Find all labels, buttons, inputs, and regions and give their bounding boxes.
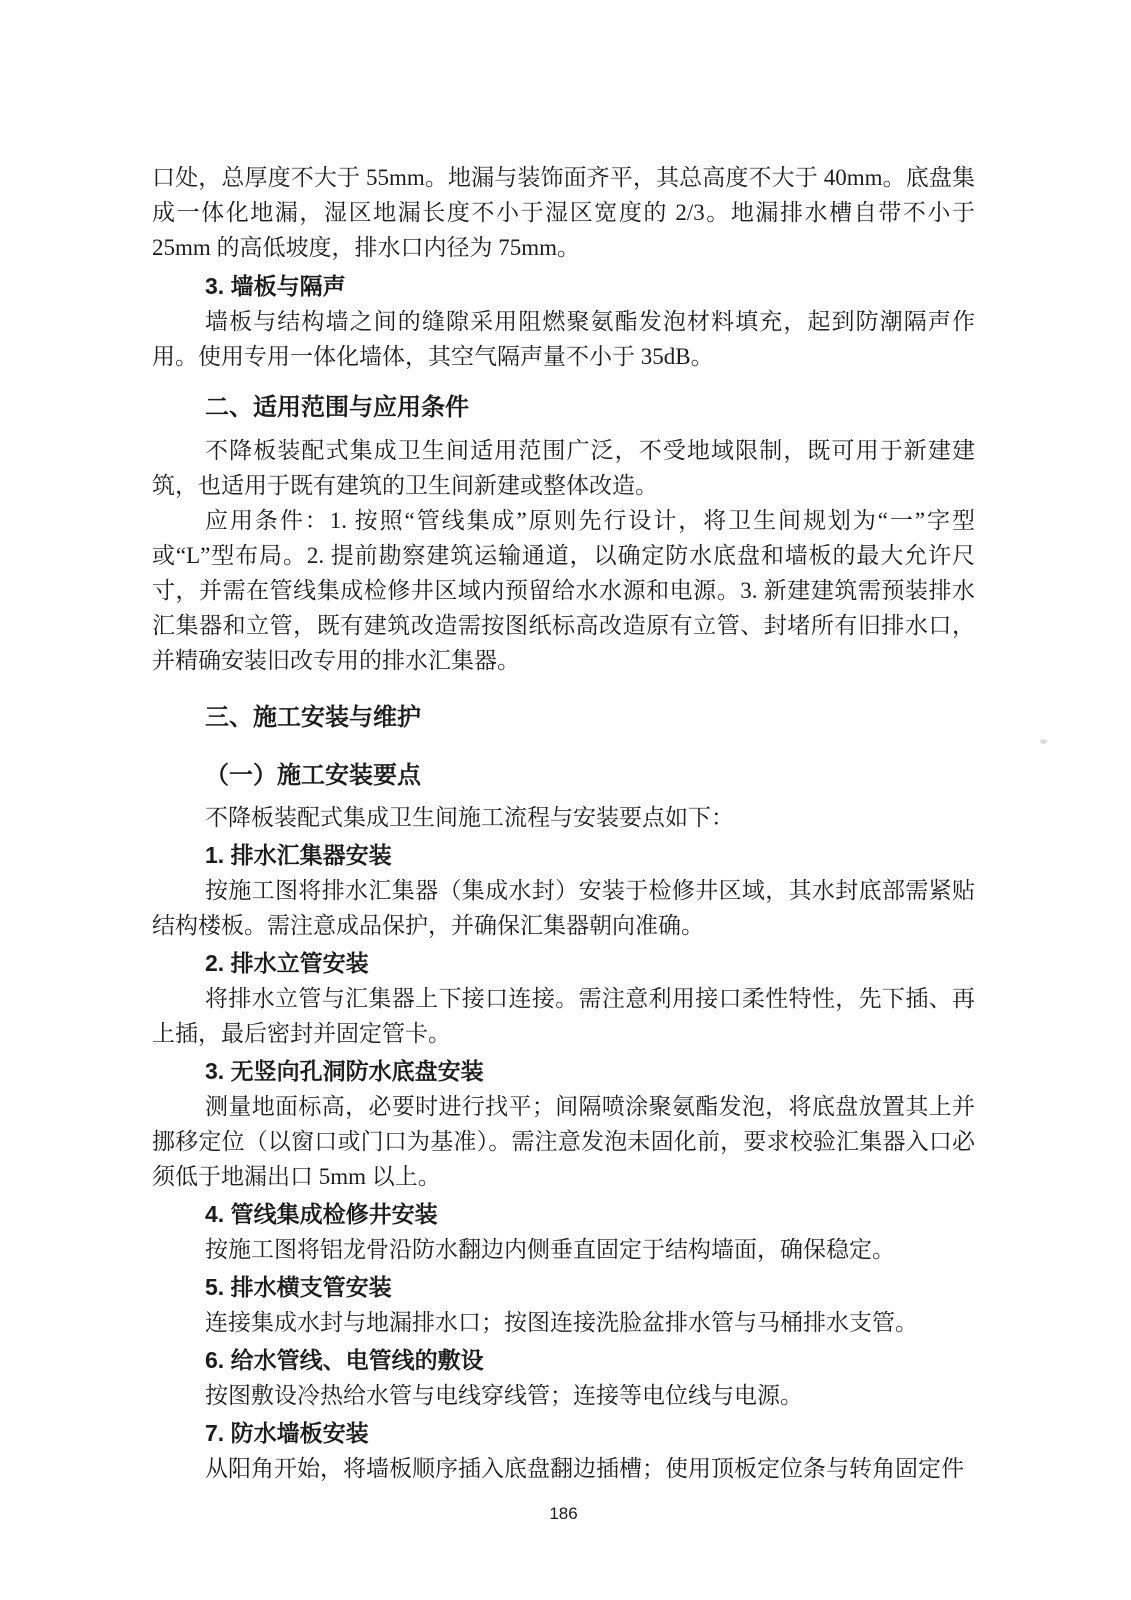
paragraph-step-3-waterproof-chassis: 测量地面标高，必要时进行找平；间隔喷涂聚氨酯发泡，将底盘放置其上并挪移定位（以窗… [152, 1089, 975, 1194]
heading-section-3-installation-maintenance: 三、施工安装与维护 [152, 698, 975, 738]
heading-step-6-water-electric-lines: 6. 给水管线、电管线的敷设 [152, 1343, 975, 1378]
paragraph-step-5-horizontal-branch-pipe: 连接集成水封与地漏排水口；按图连接洗脸盆排水管与马桶排水支管。 [152, 1305, 975, 1340]
heading-step-1-drain-collector: 1. 排水汇集器安装 [152, 838, 975, 873]
paragraph-installation-intro: 不降板装配式集成卫生间施工流程与安装要点如下： [152, 800, 975, 835]
paragraph-step-4-pipeline-inspection-well: 按施工图将铝龙骨沿防水翻边内侧垂直固定于结构墙面，确保稳定。 [152, 1232, 975, 1267]
scan-artifact-mark [1040, 739, 1047, 744]
document-body: 口处，总厚度不大于 55mm。地漏与装饰面齐平，其总高度不大于 40mm。底盘集… [152, 160, 975, 1486]
paragraph-step-1-drain-collector: 按施工图将排水汇集器（集成水封）安装于检修井区域，其水封底部需紧贴结构楼板。需注… [152, 873, 975, 943]
page-number: 186 [152, 1503, 975, 1525]
heading-subsection-1-installation-points: （一）施工安装要点 [152, 756, 975, 796]
paragraph-floor-drain-specs: 口处，总厚度不大于 55mm。地漏与装饰面齐平，其总高度不大于 40mm。底盘集… [152, 160, 975, 265]
heading-step-5-horizontal-branch-pipe: 5. 排水横支管安装 [152, 1270, 975, 1305]
heading-step-4-pipeline-inspection-well: 4. 管线集成检修井安装 [152, 1197, 975, 1232]
document-page: 口处，总厚度不大于 55mm。地漏与装饰面齐平，其总高度不大于 40mm。底盘集… [0, 0, 1131, 1600]
heading-step-3-waterproof-chassis: 3. 无竖向孔洞防水底盘安装 [152, 1054, 975, 1089]
paragraph-step-6-water-electric-lines: 按图敷设冷热给水管与电线穿线管；连接等电位线与电源。 [152, 1378, 975, 1413]
heading-wallboard-soundproofing: 3. 墙板与隔声 [152, 269, 975, 304]
paragraph-step-7-waterproof-wallboard: 从阳角开始，将墙板顺序插入底盘翻边插槽；使用顶板定位条与转角固定件 [152, 1451, 975, 1486]
paragraph-application-conditions: 应用条件：1. 按照“管线集成”原则先行设计，将卫生间规划为“一”字型或“L”型… [152, 503, 975, 678]
paragraph-scope: 不降板装配式集成卫生间适用范围广泛，不受地域限制，既可用于新建建筑，也适用于既有… [152, 433, 975, 503]
heading-step-7-waterproof-wallboard: 7. 防水墙板安装 [152, 1416, 975, 1451]
heading-step-2-drain-riser: 2. 排水立管安装 [152, 946, 975, 981]
paragraph-step-2-drain-riser: 将排水立管与汇集器上下接口连接。需注意利用接口柔性特性，先下插、再上插，最后密封… [152, 981, 975, 1051]
paragraph-wallboard-soundproofing: 墙板与结构墙之间的缝隙采用阻燃聚氨酯发泡材料填充，起到防潮隔声作用。使用专用一体… [152, 304, 975, 374]
heading-section-2-scope-conditions: 二、适用范围与应用条件 [152, 388, 975, 428]
